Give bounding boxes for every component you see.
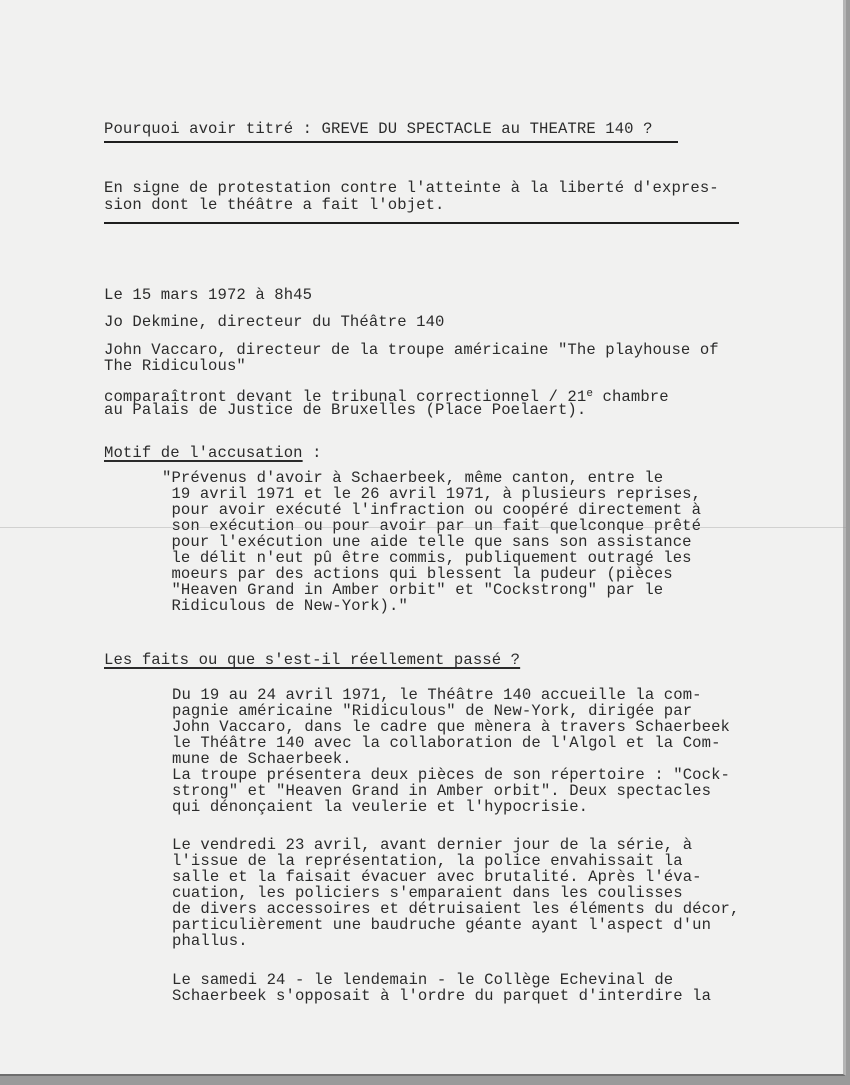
- heading-question: Pourquoi avoir titré : GREVE DU SPECTACL…: [104, 121, 653, 138]
- hearing-date: Le 15 mars 1972 à 8h45: [104, 287, 312, 304]
- facts-line: phallus.: [172, 933, 248, 950]
- court-line: au Palais de Justice de Bruxelles (Place…: [104, 402, 586, 419]
- facts-line: particulièrement une baudruche géante ay…: [172, 917, 711, 934]
- heading-underline: [104, 141, 678, 143]
- accusation-heading: Motif de l'accusation :: [104, 445, 322, 462]
- accusation-heading-colon: :: [303, 444, 322, 462]
- defendant-dekmine: Jo Dekmine, directeur du Théâtre 140: [104, 314, 444, 331]
- accusation-quote-line: Ridiculous de New-York).": [162, 598, 408, 615]
- paper-fold-crease: [0, 527, 846, 528]
- defendant-vaccaro: The Ridiculous": [104, 358, 246, 375]
- typewritten-page: Pourquoi avoir titré : GREVE DU SPECTACL…: [0, 0, 846, 1076]
- facts-line: qui dénonçaient la veulerie et l'hypocri…: [172, 799, 588, 816]
- heading-title: GREVE DU SPECTACLE au THEATRE 140 ?: [322, 120, 653, 138]
- accusation-heading-text: Motif de l'accusation: [104, 444, 303, 462]
- facts-heading-text: Les faits ou que s'est-il réellement pas…: [104, 651, 520, 669]
- answer-line: sion dont le théâtre a fait l'objet.: [104, 197, 444, 214]
- heading-prefix: Pourquoi avoir titré :: [104, 120, 322, 138]
- court-text: chambre: [593, 388, 669, 406]
- answer-underline: [104, 222, 739, 224]
- facts-heading: Les faits ou que s'est-il réellement pas…: [104, 652, 520, 669]
- answer-line: En signe de protestation contre l'attein…: [104, 180, 719, 197]
- facts-line: Schaerbeek s'opposait à l'ordre du parqu…: [172, 988, 711, 1005]
